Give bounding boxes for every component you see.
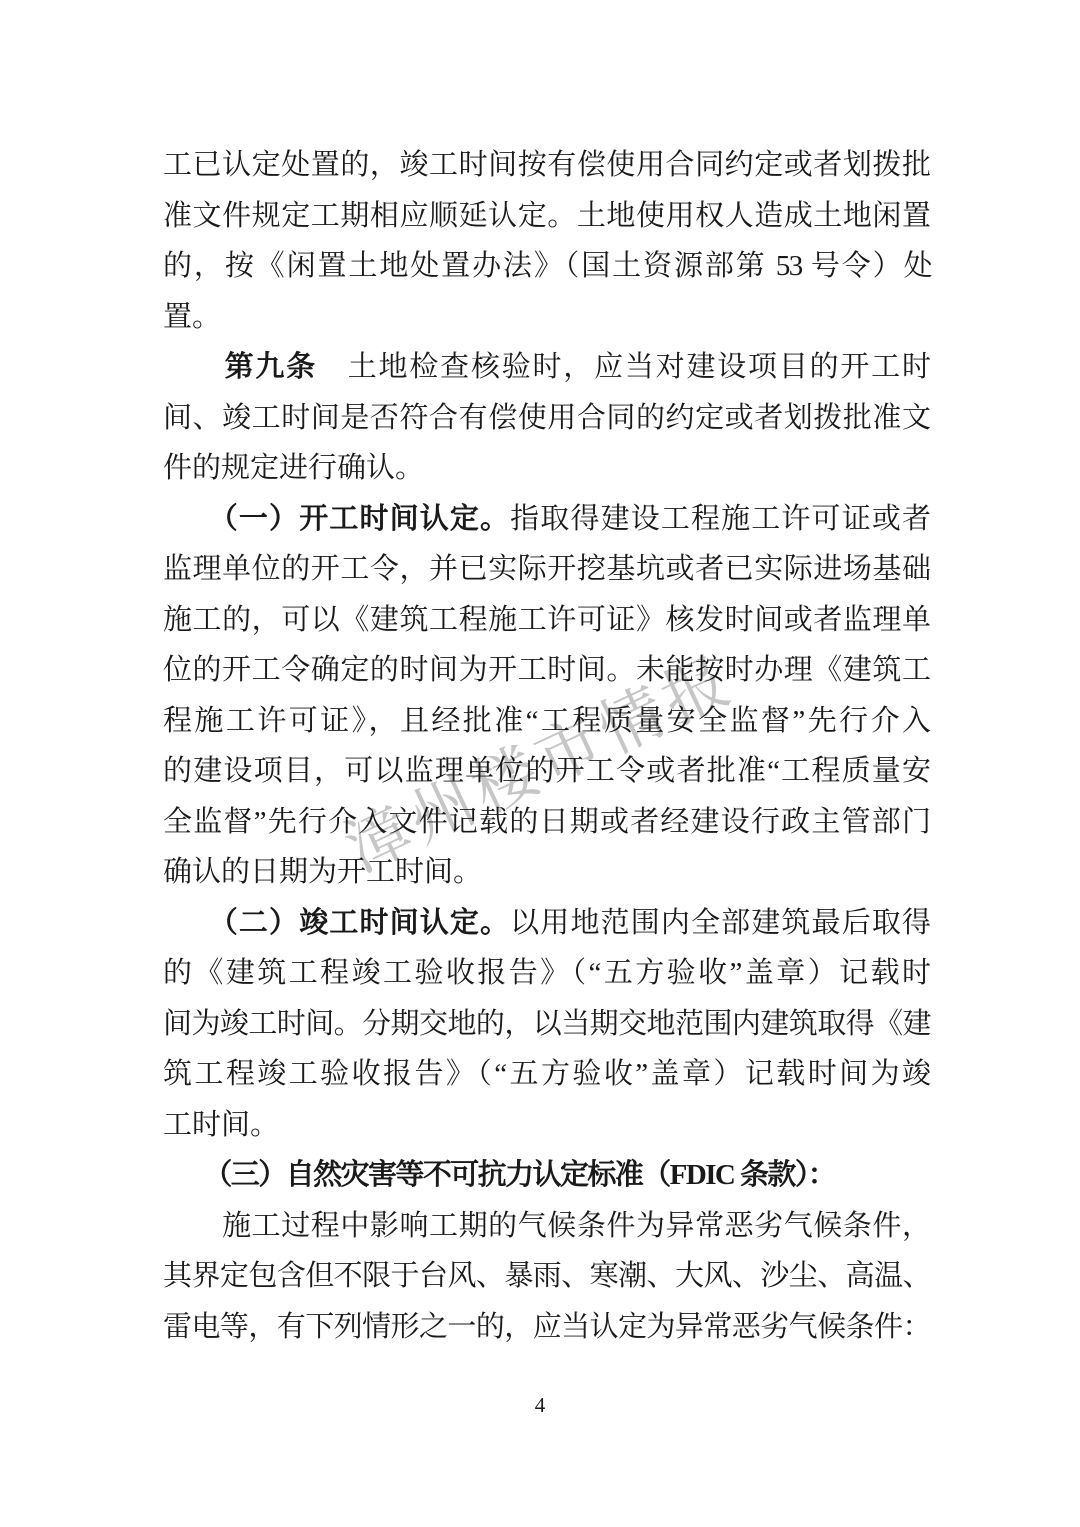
text-run: 程施工许可证》，且经批准“工程质量安全监督”先行介入 bbox=[163, 705, 931, 737]
document-line: 的，按《闲置土地处置办法》（国土资源部第 53 号令）处 bbox=[163, 241, 931, 292]
text-run: 指取得建设工程施工许可证或者 bbox=[510, 503, 931, 535]
text-run bbox=[163, 351, 225, 383]
text-run: 确认的日期为开工时间。 bbox=[163, 856, 482, 888]
page-number: 4 bbox=[0, 1390, 1080, 1420]
text-run: 监理单位的开工令，并已实际开挖基坑或者已实际进场基础 bbox=[163, 553, 931, 585]
document-line: 程施工许可证》，且经批准“工程质量安全监督”先行介入 bbox=[163, 696, 931, 747]
document-line: 筑工程竣工验收报告》（“五方验收”盖章）记载时间为竣 bbox=[163, 1049, 931, 1100]
text-run: 间、竣工时间是否符合有偿使用合同的约定或者划拨批准文 bbox=[163, 402, 931, 434]
document-line: 施工的，可以《建筑工程施工许可证》核发时间或者监理单 bbox=[163, 595, 931, 646]
text-run: 雷电等，有下列情形之一的，应当认定为异常恶劣气候条件： bbox=[163, 1311, 931, 1343]
bold-text-run: 第九条 bbox=[225, 351, 317, 383]
document-line: 位的开工令确定的时间为开工时间。未能按时办理《建筑工 bbox=[163, 645, 931, 696]
text-run: 施工过程中影响工期的气候条件为异常恶劣气候条件， bbox=[163, 1210, 931, 1242]
document-line: （二）竣工时间认定。以用地范围内全部建筑最后取得 bbox=[163, 898, 931, 949]
document-line: 全监督”先行介入文件记载的日期或者经建设行政主管部门 bbox=[163, 797, 931, 848]
text-run: 其界定包含但不限于台风、暴雨、寒潮、大风、沙尘、高温、 bbox=[163, 1260, 931, 1292]
document-line: 工时间。 bbox=[163, 1100, 931, 1151]
document-line: 的《建筑工程竣工验收报告》（“五方验收”盖章）记载时 bbox=[163, 948, 931, 999]
document-line: 确认的日期为开工时间。 bbox=[163, 847, 931, 898]
document-line: （一）开工时间认定。指取得建设工程施工许可证或者 bbox=[163, 494, 931, 545]
document-line: 置。 bbox=[163, 292, 931, 343]
text-run bbox=[163, 1159, 218, 1191]
text-run: 土地检查核验时，应当对建设项目的开工时 bbox=[317, 351, 931, 383]
document-line: 雷电等，有下列情形之一的，应当认定为异常恶劣气候条件： bbox=[163, 1302, 931, 1353]
text-run: 的建设项目，可以监理单位的开工令或者批准“工程质量安 bbox=[163, 755, 931, 787]
text-run: 施工的，可以《建筑工程施工许可证》核发时间或者监理单 bbox=[163, 604, 931, 636]
document-line: 间、竣工时间是否符合有偿使用合同的约定或者划拨批准文 bbox=[163, 393, 931, 444]
text-run bbox=[163, 907, 223, 939]
text-run: 工已认定处置的，竣工时间按有偿使用合同约定或者划拨批 bbox=[163, 149, 931, 181]
document-content: 工已认定处置的，竣工时间按有偿使用合同约定或者划拨批准文件规定工期相应顺延认定。… bbox=[163, 140, 931, 1352]
text-run: 位的开工令确定的时间为开工时间。未能按时办理《建筑工 bbox=[163, 654, 931, 686]
document-line: 其界定包含但不限于台风、暴雨、寒潮、大风、沙尘、高温、 bbox=[163, 1251, 931, 1302]
document-line: 准文件规定工期相应顺延认定。土地使用权人造成土地闲置 bbox=[163, 191, 931, 242]
text-run: 以用地范围内全部建筑最后取得 bbox=[510, 907, 931, 939]
text-run: 的《建筑工程竣工验收报告》（“五方验收”盖章）记载时 bbox=[163, 957, 931, 989]
document-line: 施工过程中影响工期的气候条件为异常恶劣气候条件， bbox=[163, 1201, 931, 1252]
text-run bbox=[163, 503, 223, 535]
document-line: 第九条 土地检查核验时，应当对建设项目的开工时 bbox=[163, 342, 931, 393]
text-run: 间为竣工时间。分期交地的，以当期交地范围内建筑取得《建 bbox=[163, 1008, 931, 1040]
text-run: 的，按《闲置土地处置办法》（国土资源部第 53 号令）处 bbox=[163, 250, 931, 282]
document-line: 监理单位的开工令，并已实际开挖基坑或者已实际进场基础 bbox=[163, 544, 931, 595]
text-run: 全监督”先行介入文件记载的日期或者经建设行政主管部门 bbox=[163, 806, 931, 838]
document-page: 漳州楼市情报 工已认定处置的，竣工时间按有偿使用合同约定或者划拨批准文件规定工期… bbox=[0, 0, 1080, 1527]
bold-text-run: （一）开工时间认定。 bbox=[223, 503, 510, 535]
text-run: 工时间。 bbox=[163, 1109, 279, 1141]
document-line: 件的规定进行确认。 bbox=[163, 443, 931, 494]
text-run: 准文件规定工期相应顺延认定。土地使用权人造成土地闲置 bbox=[163, 200, 931, 232]
document-line: 的建设项目，可以监理单位的开工令或者批准“工程质量安 bbox=[163, 746, 931, 797]
bold-text-run: （二）竣工时间认定。 bbox=[223, 907, 510, 939]
document-line: 间为竣工时间。分期交地的，以当期交地范围内建筑取得《建 bbox=[163, 999, 931, 1050]
document-line: 工已认定处置的，竣工时间按有偿使用合同约定或者划拨批 bbox=[163, 140, 931, 191]
bold-text-run: （三）自然灾害等不可抗力认定标准（FDIC 条款）： bbox=[218, 1159, 835, 1191]
document-line: （三）自然灾害等不可抗力认定标准（FDIC 条款）： bbox=[163, 1150, 931, 1201]
text-run: 置。 bbox=[163, 301, 221, 333]
text-run: 件的规定进行确认。 bbox=[163, 452, 424, 484]
text-run: 筑工程竣工验收报告》（“五方验收”盖章）记载时间为竣 bbox=[163, 1058, 931, 1090]
